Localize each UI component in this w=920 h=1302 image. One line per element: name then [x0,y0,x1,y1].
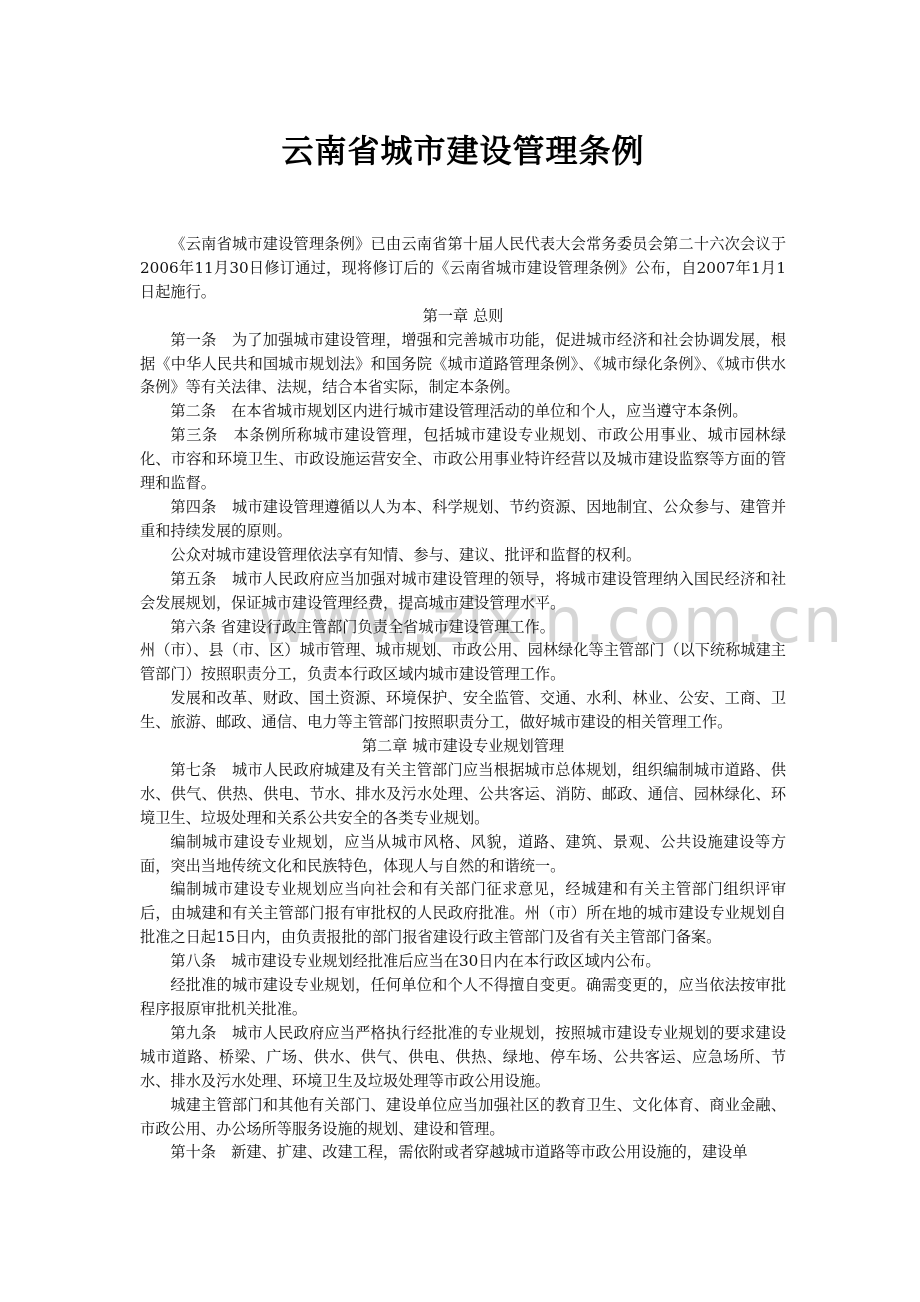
document-title: 云南省城市建设管理条例 [140,126,786,172]
chapter-heading-2: 第二章 城市建设专业规划管理 [140,735,786,759]
article-7-paragraph-2: 编制城市建设专业规划，应当从城市风格、风貌，道路、建筑、景观、公共设施建设等方面… [140,831,786,879]
article-6-paragraph-3: 发展和改革、财政、国土资源、环境保护、安全监管、交通、水利、林业、公安、工商、卫… [140,687,786,735]
chapter-heading-1: 第一章 总则 [140,305,786,329]
preamble-paragraph: 《云南省城市建设管理条例》已由云南省第十届人民代表大会常务委员会第二十六次会议于… [140,233,786,305]
article-4-paragraph-2: 公众对城市建设管理依法享有知情、参与、建议、批评和监督的权利。 [140,544,786,568]
article-6-paragraph-2: 州（市）、县（市、区）城市管理、城市规划、市政公用、园林绿化等主管部门（以下统称… [140,639,786,687]
article-8-paragraph-2: 经批准的城市建设专业规划，任何单位和个人不得擅自变更。确需变更的，应当依法按审批… [140,974,786,1022]
article-10: 第十条 新建、扩建、改建工程，需依附或者穿越城市道路等市政公用设施的，建设单 [140,1141,786,1165]
article-8: 第八条 城市建设专业规划经批准后应当在30日内在本行政区域内公布。 [140,950,786,974]
article-7: 第七条 城市人民政府城建及有关主管部门应当根据城市总体规划，组织编制城市道路、供… [140,759,786,831]
article-5: 第五条 城市人民政府应当加强对城市建设管理的领导，将城市建设管理纳入国民经济和社… [140,568,786,616]
article-3: 第三条 本条例所称城市建设管理，包括城市建设专业规划、市政公用事业、城市园林绿化… [140,424,786,496]
article-4: 第四条 城市建设管理遵循以人为本、科学规划、节约资源、因地制宜、公众参与、建管并… [140,496,786,544]
document-body: 《云南省城市建设管理条例》已由云南省第十届人民代表大会常务委员会第二十六次会议于… [140,233,786,1165]
article-9-paragraph-2: 城建主管部门和其他有关部门、建设单位应当加强社区的教育卫生、文化体育、商业金融、… [140,1094,786,1142]
article-1: 第一条 为了加强城市建设管理，增强和完善城市功能，促进城市经济和社会协调发展，根… [140,329,786,401]
article-2: 第二条 在本省城市规划区内进行城市建设管理活动的单位和个人，应当遵守本条例。 [140,400,786,424]
article-6: 第六条 省建设行政主管部门负责全省城市建设管理工作。 [140,616,786,640]
article-9: 第九条 城市人民政府应当严格执行经批准的专业规划，按照城市建设专业规划的要求建设… [140,1022,786,1094]
article-7-paragraph-3: 编制城市建设专业规划应当向社会和有关部门征求意见，经城建和有关主管部门组织评审后… [140,878,786,950]
